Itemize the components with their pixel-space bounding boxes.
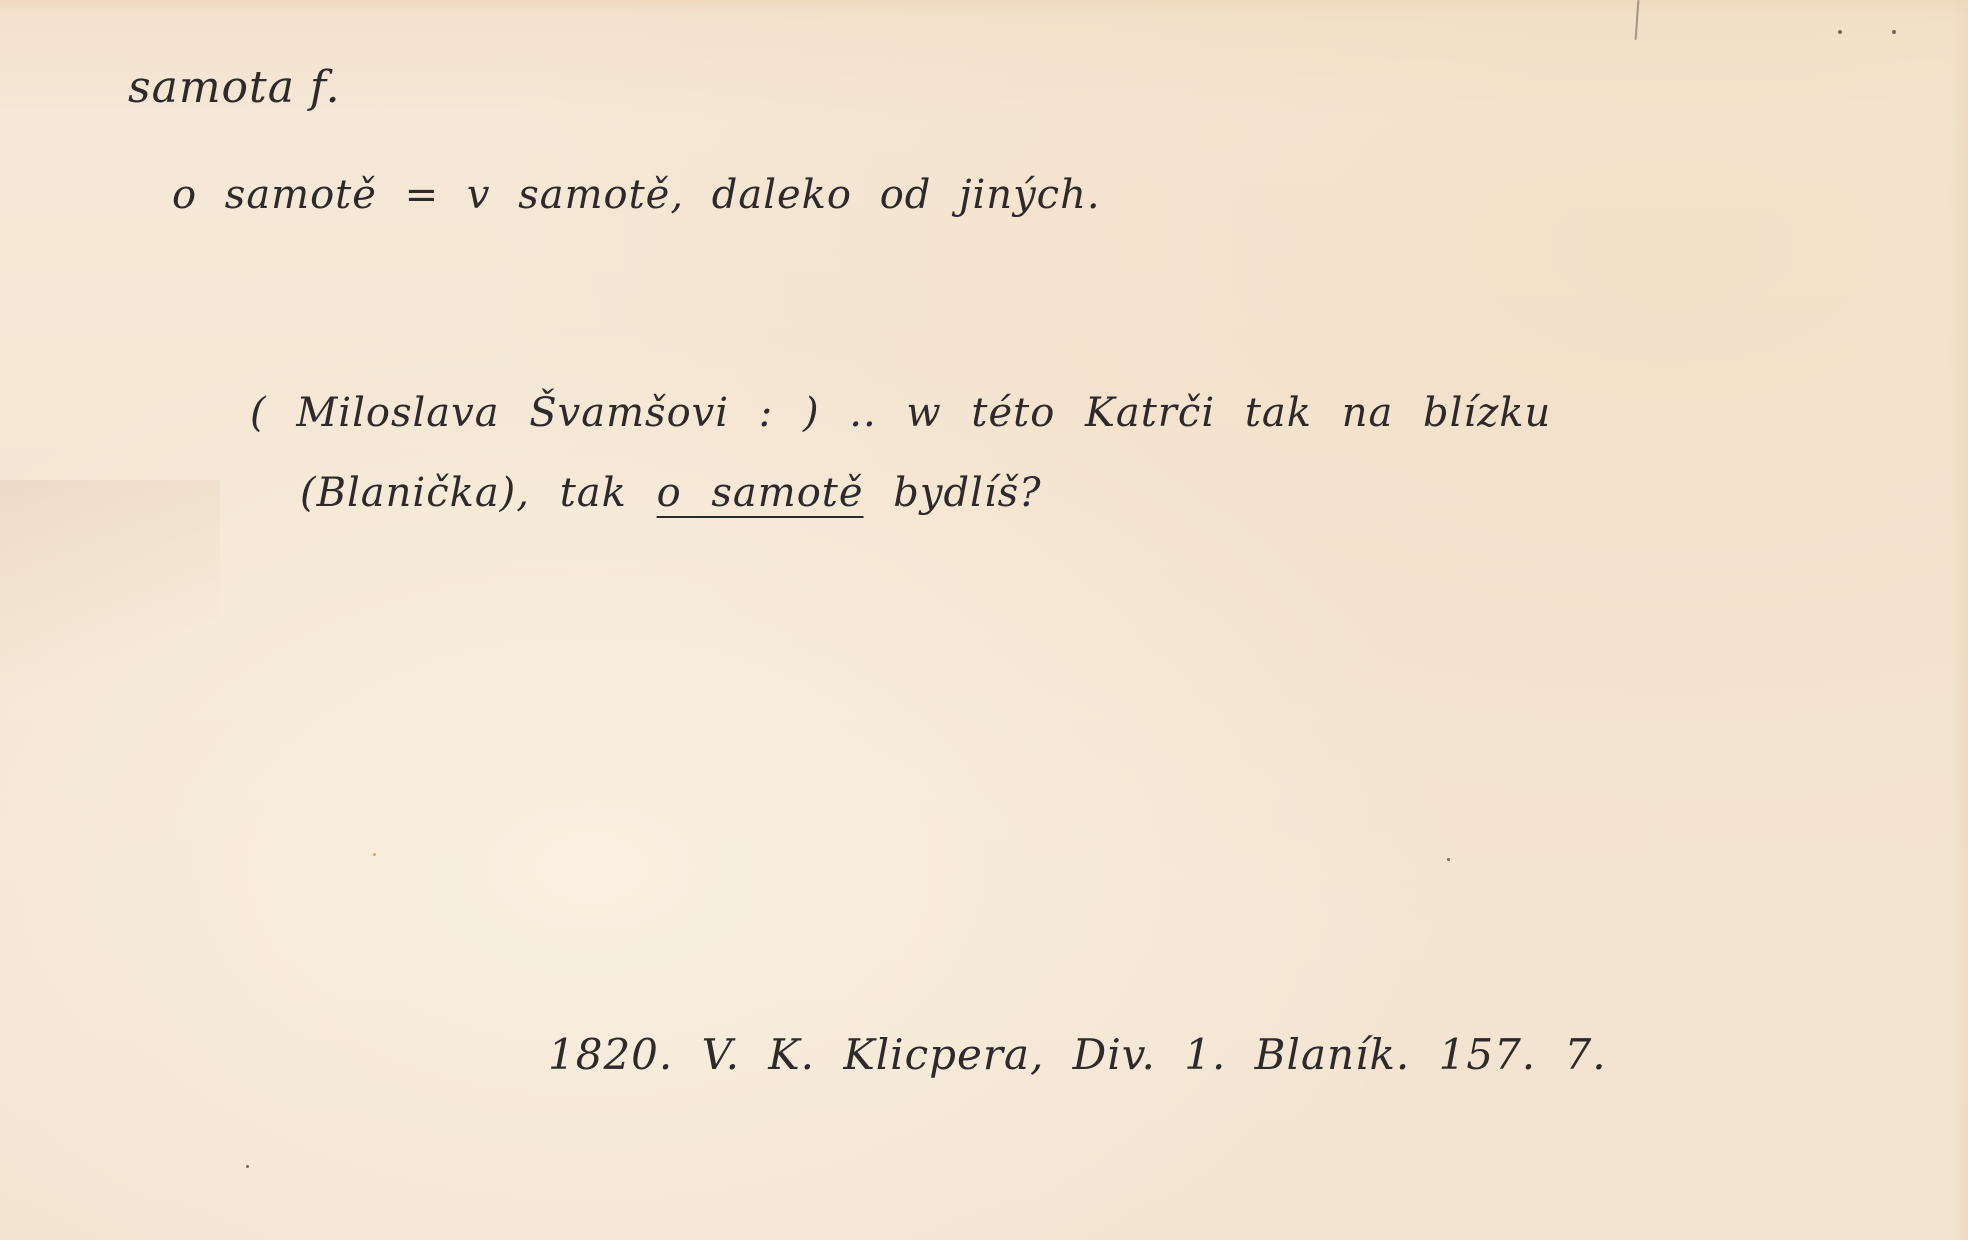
quotation-line-2: (Blanička), tak o samotě bydlíš?	[300, 470, 1042, 516]
quotation-text: (Blanička), tak	[300, 470, 657, 516]
definition-line: o samotě = v samotě, daleko od jiných.	[172, 172, 1101, 218]
underlined-keyword: o samotě	[657, 470, 864, 516]
quotation-line-1: ( Miloslava Švamšovi : ) .. w této Katrč…	[250, 390, 1551, 436]
ink-speck	[1447, 858, 1450, 861]
headword: samota f.	[128, 62, 341, 113]
ink-speck	[1892, 30, 1896, 34]
paper-fold-shadow	[0, 480, 220, 720]
quotation-text: bydlíš?	[864, 470, 1042, 516]
ink-speck	[373, 853, 376, 856]
ink-speck	[1838, 30, 1842, 34]
paper-edge	[1950, 0, 1968, 1240]
ink-speck	[246, 1165, 249, 1168]
source-citation: 1820. V. K. Klicpera, Div. 1. Blaník. 15…	[548, 1030, 1607, 1079]
